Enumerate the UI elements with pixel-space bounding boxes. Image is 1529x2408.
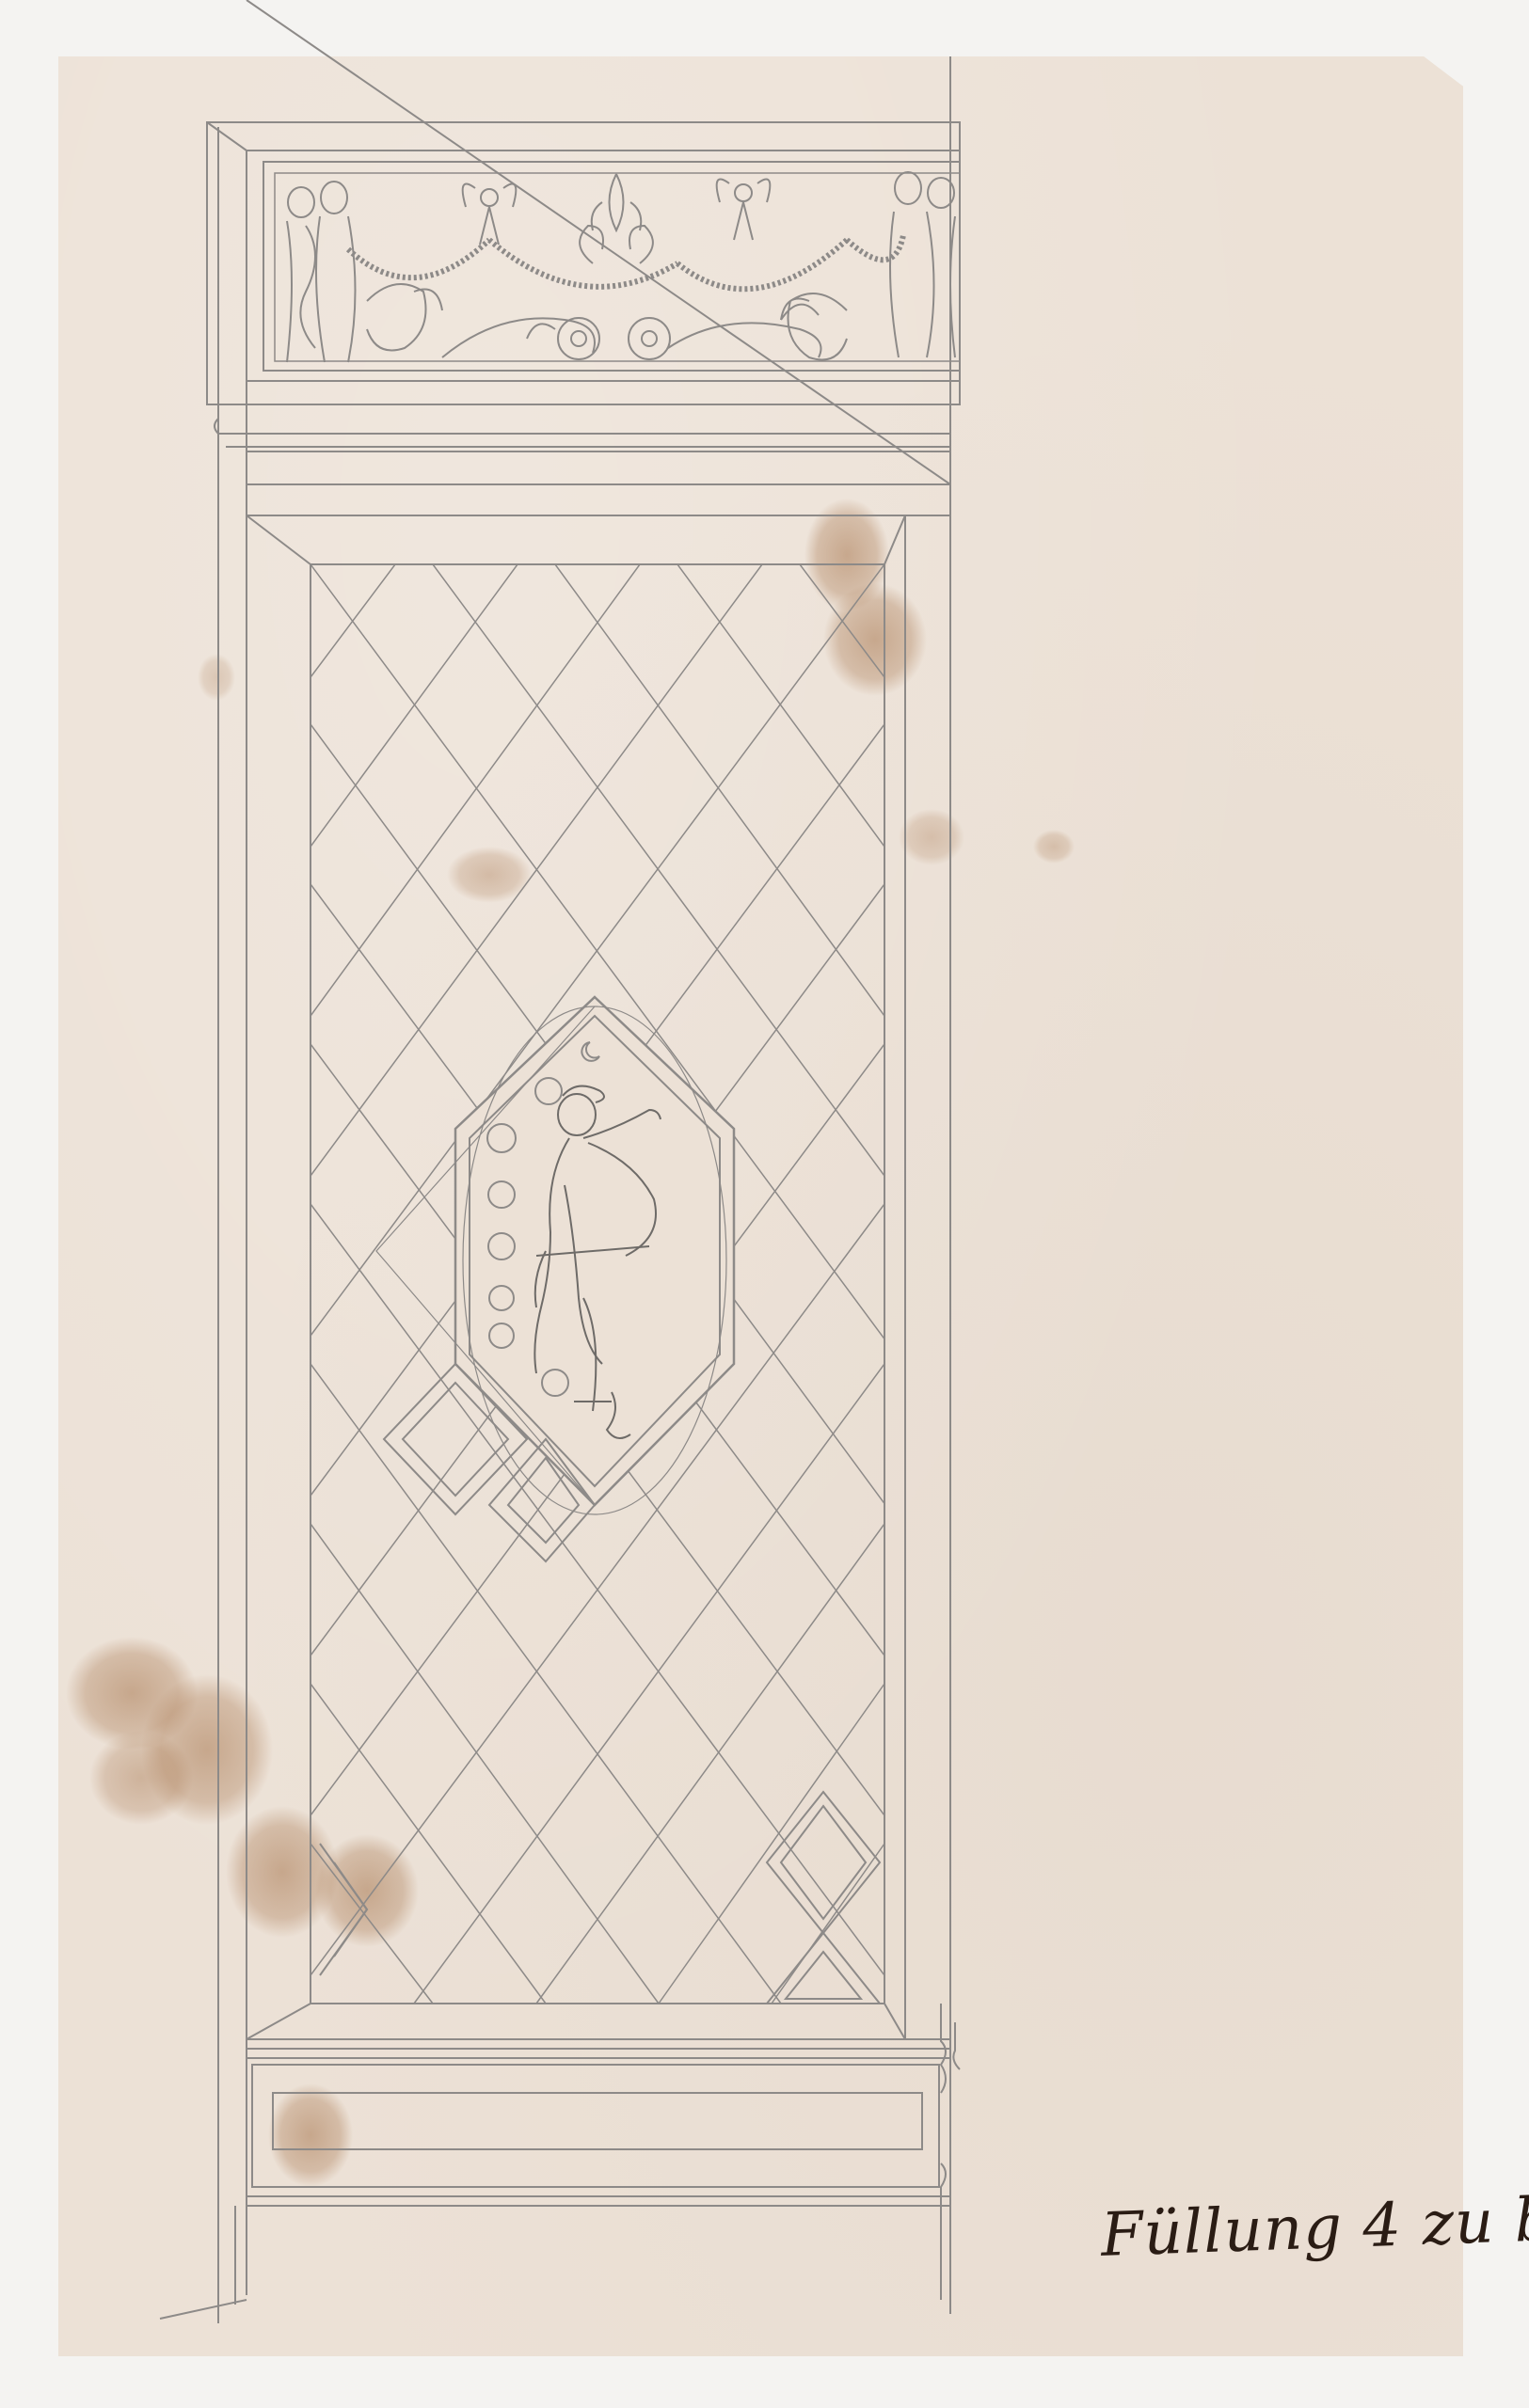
medallion bbox=[376, 997, 734, 1514]
architectural-drawing bbox=[0, 0, 1529, 2408]
cornice bbox=[215, 0, 950, 515]
frieze bbox=[207, 122, 960, 404]
door-panel bbox=[247, 515, 1063, 2039]
